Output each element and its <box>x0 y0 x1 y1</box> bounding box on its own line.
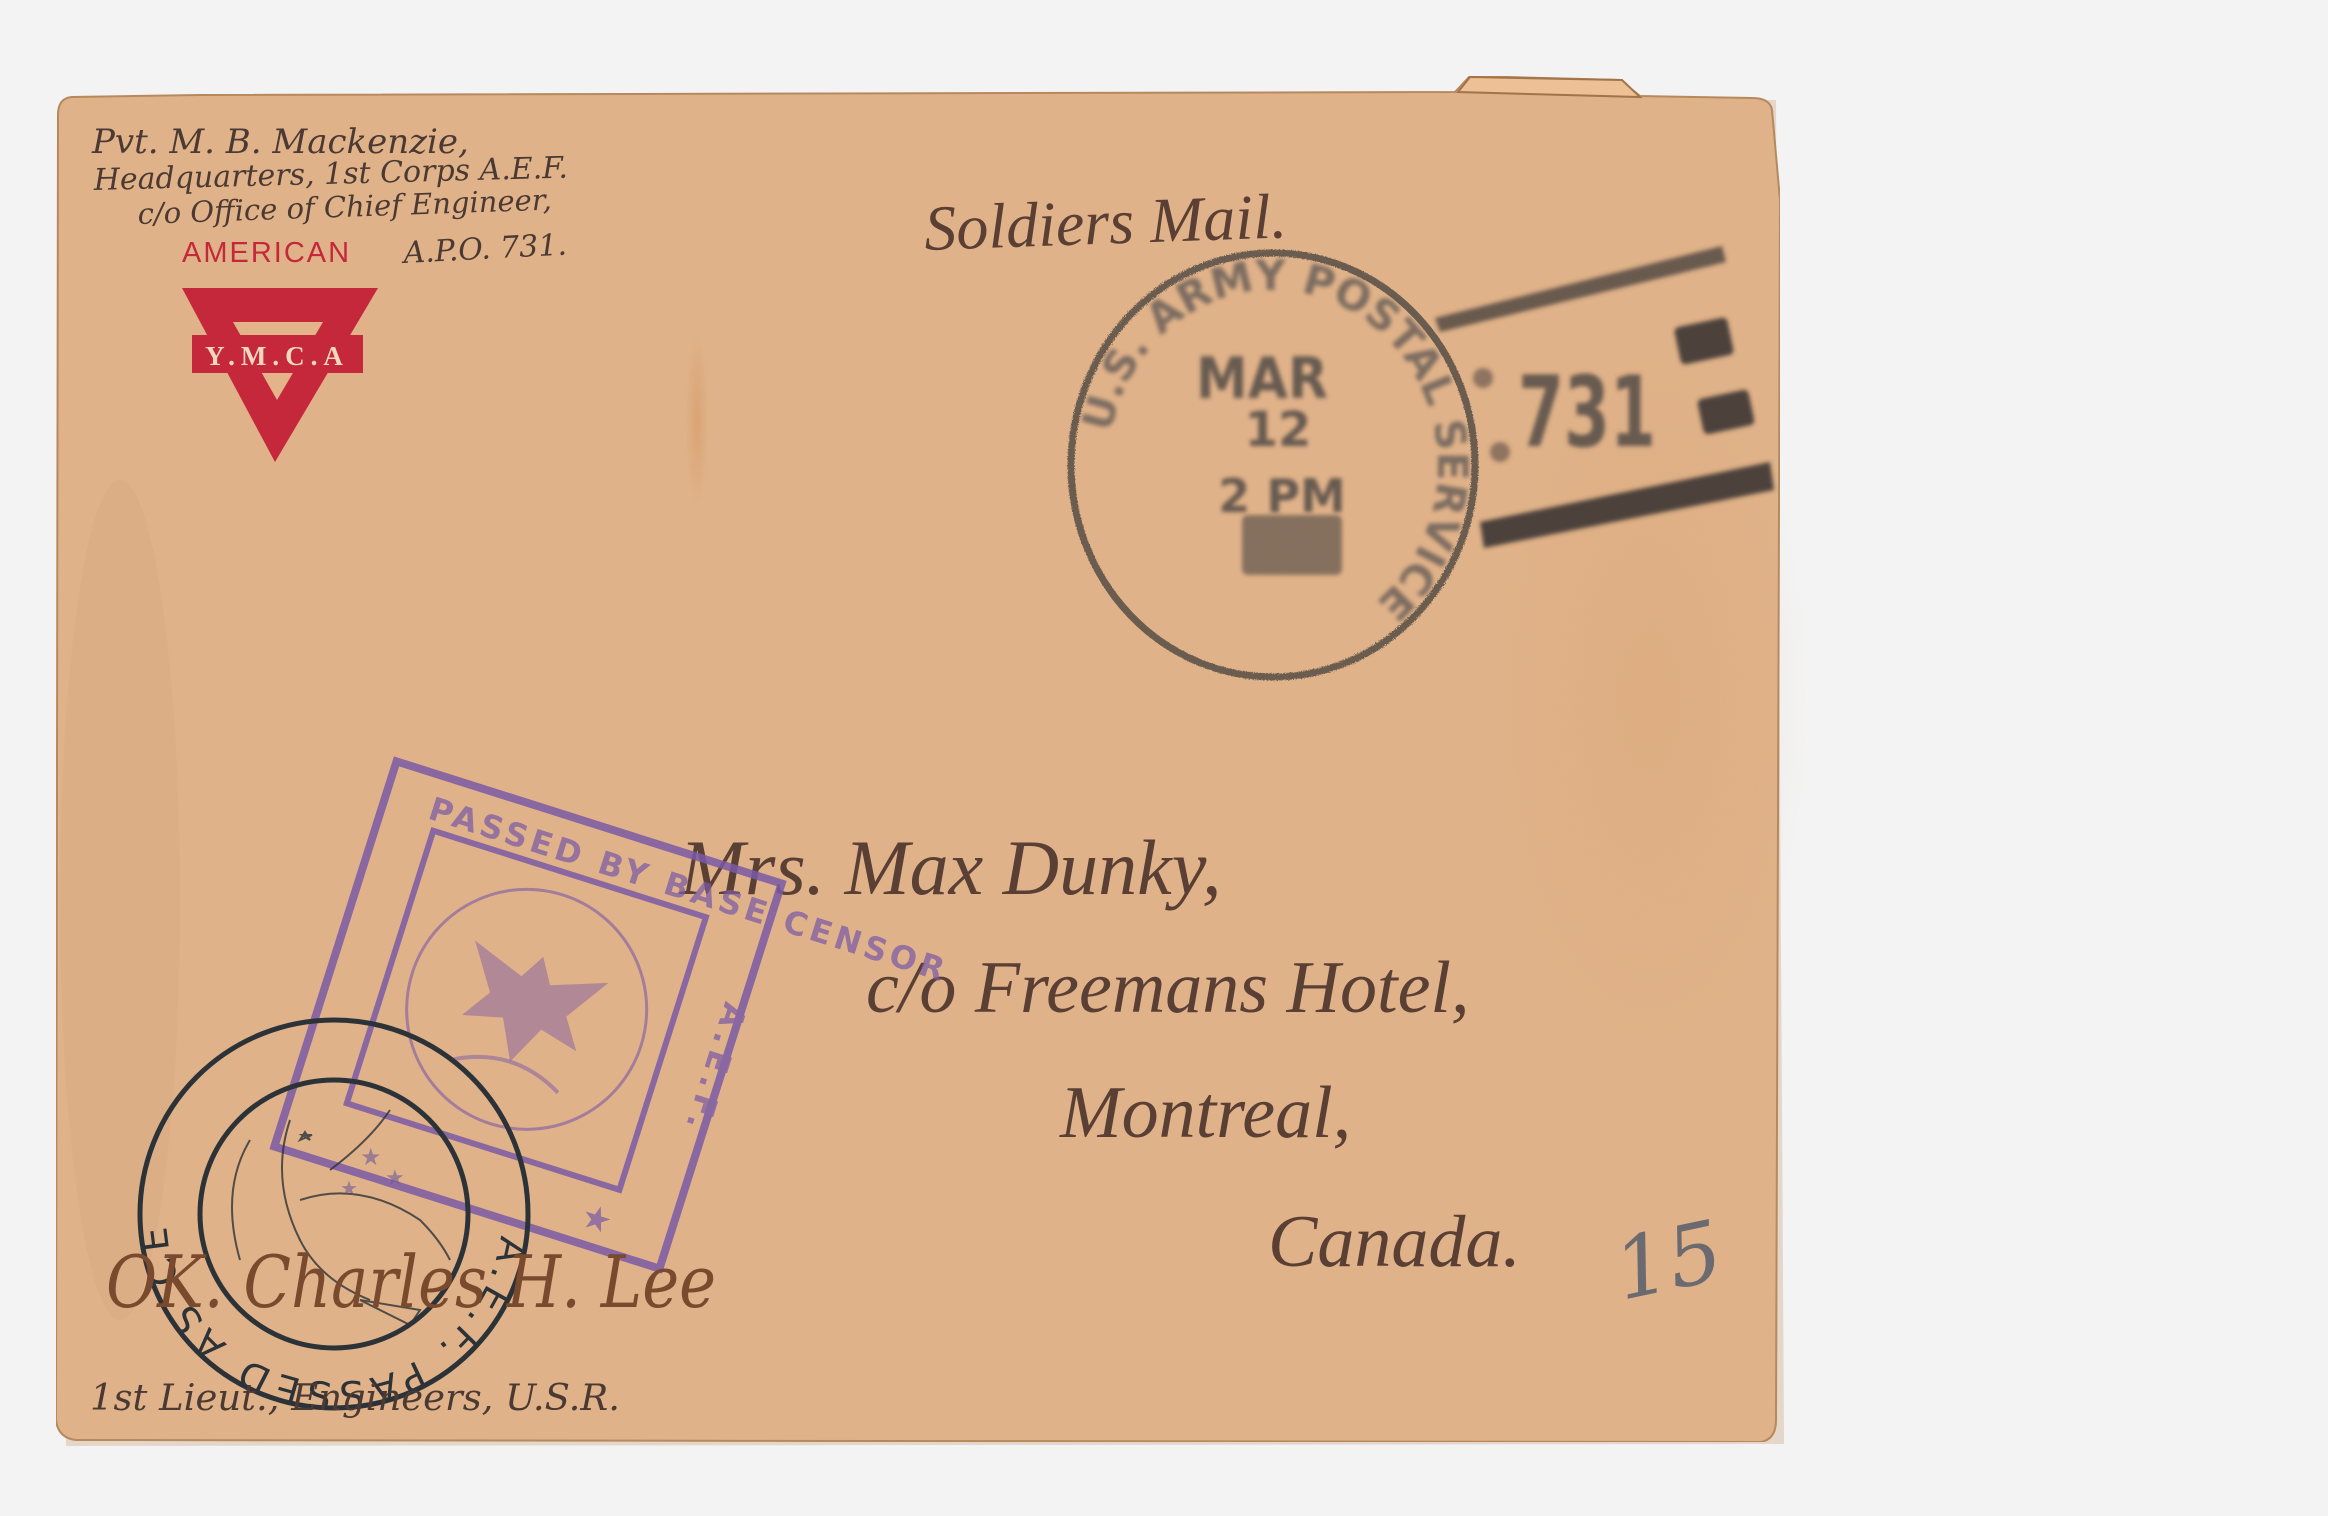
paper-stain <box>685 330 709 510</box>
censor-signature-name: OK. Charles H. Lee <box>106 1240 716 1324</box>
recipient-line: Montreal, <box>1059 1072 1351 1154</box>
svg-text:★: ★ <box>340 1176 358 1200</box>
recipient-line: c/o Freemans Hotel, <box>866 947 1470 1029</box>
postmark-year-smudge <box>1242 515 1342 575</box>
paper-stain <box>60 480 180 1320</box>
svg-text:★: ★ <box>385 1166 405 1191</box>
printed-american-label: AMERICAN <box>182 237 351 269</box>
postmark-killer-number: 731 <box>1518 356 1656 470</box>
postmark-day: 12 <box>1245 402 1312 458</box>
envelope-scene: Pvt. M. B. Mackenzie, Headquarters, 1st … <box>0 0 2328 1516</box>
soldiers-mail-note: Soldiers Mail. <box>923 180 1288 264</box>
ymca-logo-text: Y.M.C.A <box>205 341 349 371</box>
svg-text:★: ★ <box>360 1143 382 1171</box>
recipient-line: Canada. <box>1268 1201 1521 1283</box>
censor-signature-title: 1st Lieut., Engineers, U.S.R. <box>90 1378 620 1419</box>
postmark-time: 2 PM <box>1218 469 1346 523</box>
